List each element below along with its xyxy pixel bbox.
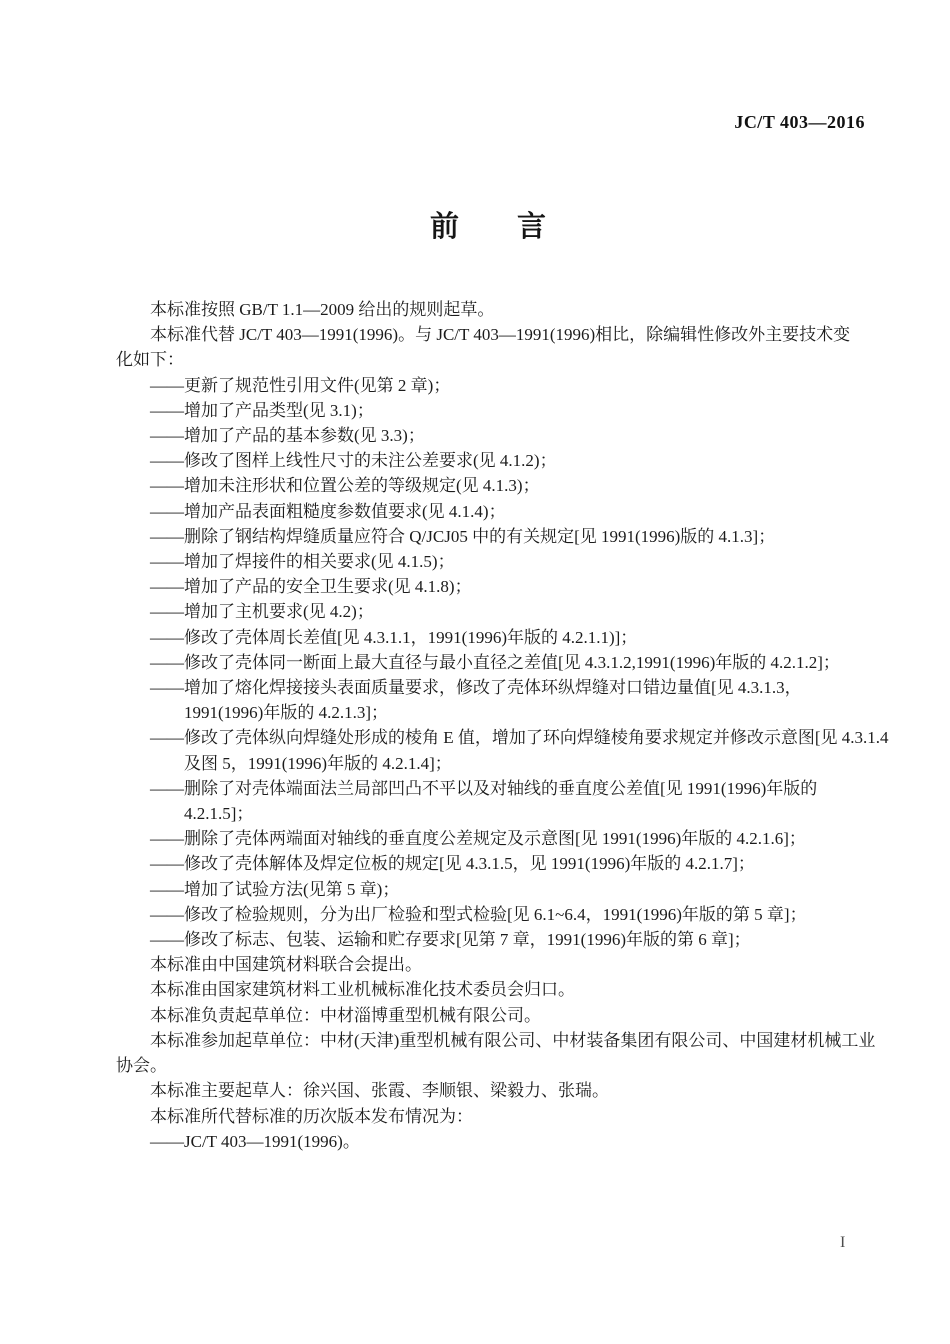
standard-code-header: JC/T 403—2016 <box>734 112 865 133</box>
text-line: 1991(1996)年版的 4.2.1.3]； <box>116 700 906 725</box>
text-line: ——修改了壳体周长差值[见 4.3.1.1，1991(1996)年版的 4.2.… <box>116 625 906 650</box>
text-line: 化如下： <box>116 347 906 372</box>
text-line: ——删除了对壳体端面法兰局部凹凸不平以及对轴线的垂直度公差值[见 1991(19… <box>116 776 906 801</box>
text-line: 本标准参加起草单位：中材(天津)重型机械有限公司、中材装备集团有限公司、中国建材… <box>116 1028 906 1053</box>
text-line: ——增加了试验方法(见第 5 章)； <box>116 877 906 902</box>
text-line: 本标准由中国建筑材料联合会提出。 <box>116 952 906 977</box>
text-line: ——修改了壳体解体及焊定位板的规定[见 4.3.1.5，见 1991(1996)… <box>116 851 906 876</box>
text-line: 本标准由国家建筑材料工业机械标准化技术委员会归口。 <box>116 977 906 1002</box>
text-line: 本标准主要起草人：徐兴国、张霞、李顺银、梁毅力、张瑞。 <box>116 1078 906 1103</box>
foreword-body: 本标准按照 GB/T 1.1—2009 给出的规则起草。本标准代替 JC/T 4… <box>116 297 906 1154</box>
text-line: ——修改了标志、包装、运输和贮存要求[见第 7 章，1991(1996)年版的第… <box>116 927 906 952</box>
text-line: ——删除了壳体两端面对轴线的垂直度公差规定及示意图[见 1991(1996)年版… <box>116 826 906 851</box>
text-line: ——增加了产品类型(见 3.1)； <box>116 398 906 423</box>
text-line: 本标准负责起草单位：中材淄博重型机械有限公司。 <box>116 1003 906 1028</box>
text-line: ——增加了产品的基本参数(见 3.3)； <box>116 423 906 448</box>
text-line: ——增加未注形状和位置公差的等级规定(见 4.1.3)； <box>116 473 906 498</box>
text-line: 本标准按照 GB/T 1.1—2009 给出的规则起草。 <box>116 297 906 322</box>
text-line: 协会。 <box>116 1053 906 1078</box>
text-line: ——增加了产品的安全卫生要求(见 4.1.8)； <box>116 574 906 599</box>
text-line: ——增加了焊接件的相关要求(见 4.1.5)； <box>116 549 906 574</box>
text-line: ——更新了规范性引用文件(见第 2 章)； <box>116 373 906 398</box>
text-line: ——修改了检验规则，分为出厂检验和型式检验[见 6.1~6.4，1991(199… <box>116 902 906 927</box>
text-line: 本标准所代替标准的历次版本发布情况为： <box>116 1104 906 1129</box>
document-page: JC/T 403—2016 前 言 本标准按照 GB/T 1.1—2009 给出… <box>0 0 950 1344</box>
text-line: ——JC/T 403—1991(1996)。 <box>116 1129 906 1154</box>
text-line: ——删除了钢结构焊缝质量应符合 Q/JCJ05 中的有关规定[见 1991(19… <box>116 524 906 549</box>
text-line: ——增加了熔化焊接接头表面质量要求，修改了壳体环纵焊缝对口错边量值[见 4.3.… <box>116 675 906 700</box>
text-line: ——修改了壳体纵向焊缝处形成的棱角 E 值，增加了环向焊缝棱角要求规定并修改示意… <box>116 725 906 750</box>
page-number: I <box>840 1234 845 1252</box>
text-line: 本标准代替 JC/T 403—1991(1996)。与 JC/T 403—199… <box>116 322 906 347</box>
page-title: 前 言 <box>13 204 950 245</box>
text-line: ——修改了图样上线性尺寸的未注公差要求(见 4.1.2)； <box>116 448 906 473</box>
text-line: 及图 5，1991(1996)年版的 4.2.1.4]； <box>116 751 906 776</box>
text-line: ——增加产品表面粗糙度参数值要求(见 4.1.4)； <box>116 499 906 524</box>
text-line: 4.2.1.5]； <box>116 801 906 826</box>
text-line: ——增加了主机要求(见 4.2)； <box>116 599 906 624</box>
text-line: ——修改了壳体同一断面上最大直径与最小直径之差值[见 4.3.1.2,1991(… <box>116 650 906 675</box>
